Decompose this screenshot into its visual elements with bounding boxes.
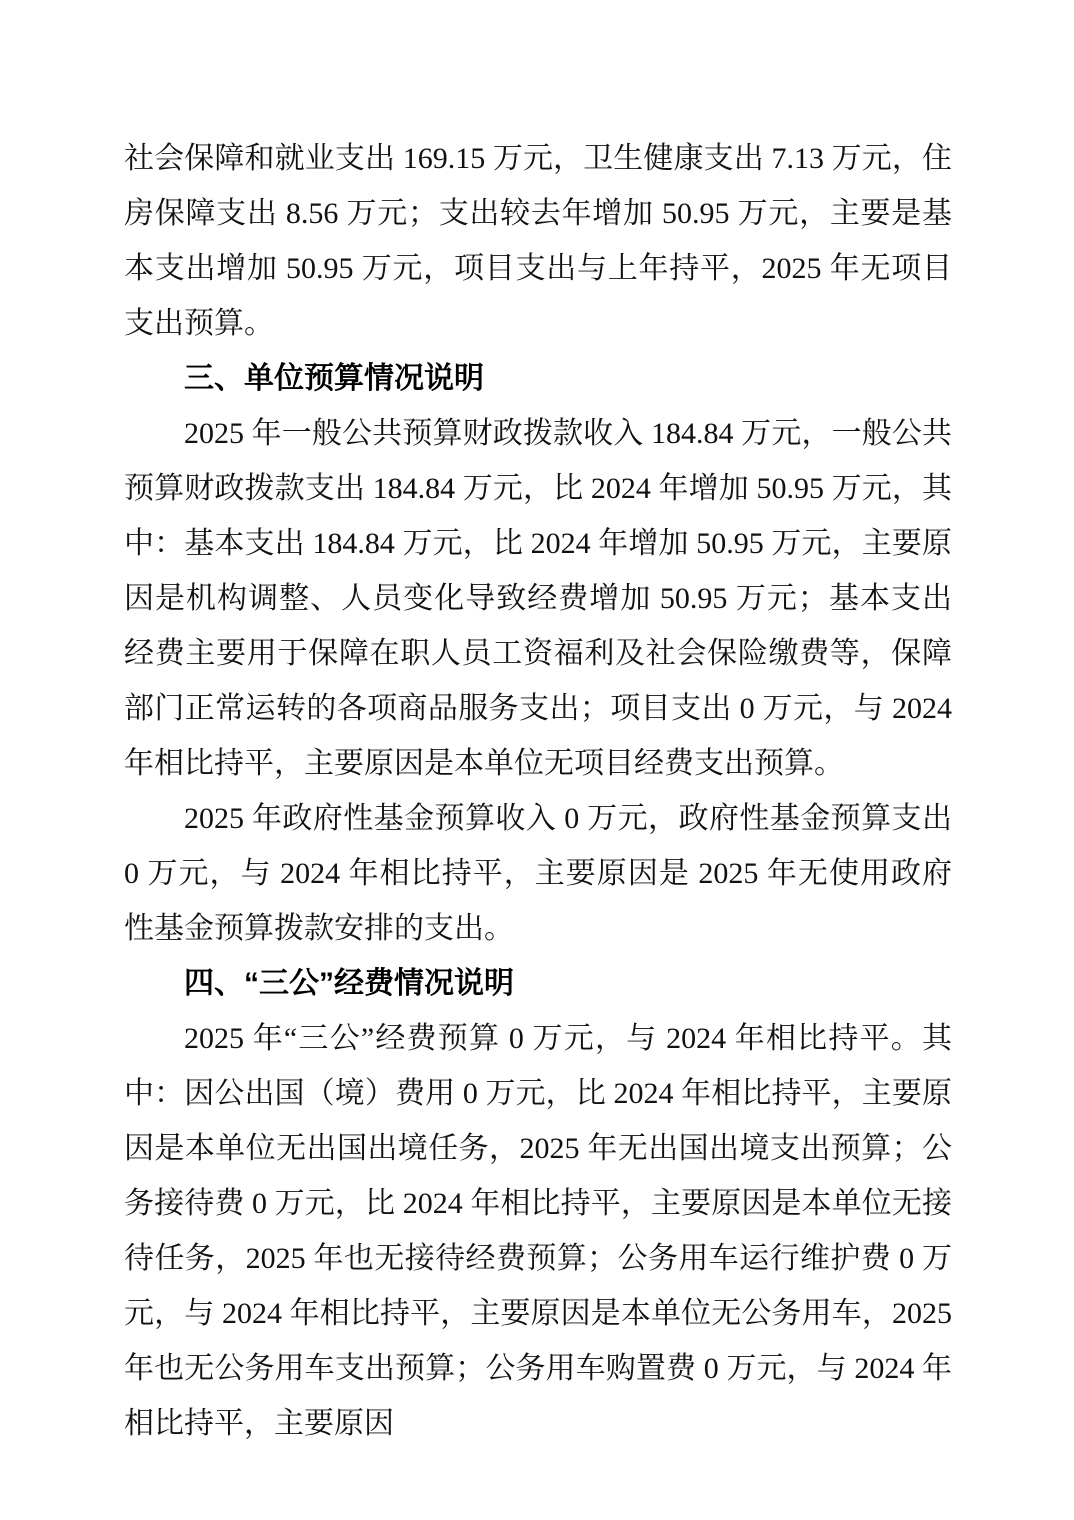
paragraph-three-public-funds-detail: 2025 年“三公”经费预算 0 万元，与 2024 年相比持平。其中：因公出国…	[124, 1011, 952, 1451]
section-heading-three-public-funds: 四、“三公”经费情况说明	[124, 956, 952, 1011]
section-heading-unit-budget: 三、单位预算情况说明	[124, 351, 952, 406]
document-page: 社会保障和就业支出 169.15 万元，卫生健康支出 7.13 万元，住房保障支…	[0, 0, 1074, 1520]
paragraph-expenditure-summary: 社会保障和就业支出 169.15 万元，卫生健康支出 7.13 万元，住房保障支…	[124, 131, 952, 351]
paragraph-government-fund-budget: 2025 年政府性基金预算收入 0 万元，政府性基金预算支出 0 万元，与 20…	[124, 791, 952, 956]
paragraph-general-public-budget: 2025 年一般公共预算财政拨款收入 184.84 万元，一般公共预算财政拨款支…	[124, 406, 952, 791]
